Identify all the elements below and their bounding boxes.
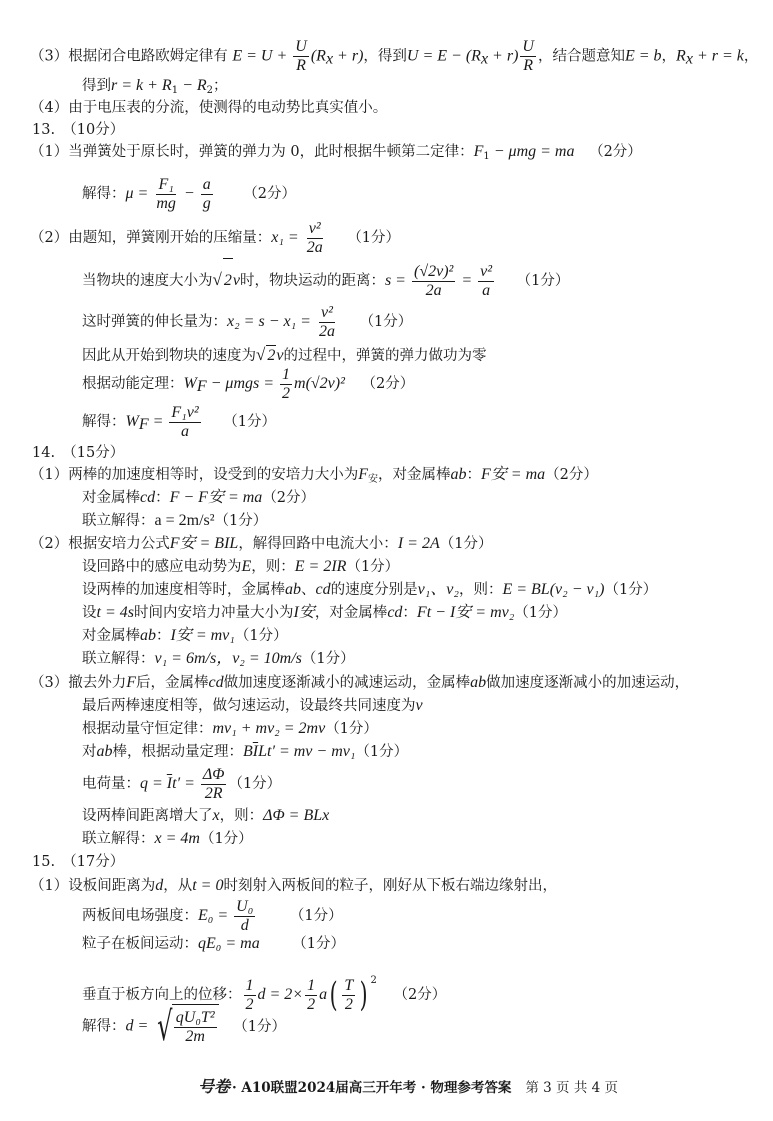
q15-part1-line5: 解得：d = √qU₀T²2m （1分）: [82, 1004, 286, 1049]
equation: B: [243, 743, 253, 760]
denominator: 2a: [424, 282, 444, 300]
denominator: mg: [154, 195, 178, 213]
equation: E₀ =: [198, 907, 232, 924]
variable: cd: [316, 581, 331, 598]
equation: x = 4m: [155, 830, 200, 847]
numerator: 1: [305, 977, 317, 996]
equation: E = U +: [232, 48, 291, 65]
text: ，结合题意知: [538, 49, 625, 65]
right-paren-icon: ): [360, 970, 368, 1020]
variable: cd: [387, 604, 402, 621]
text: 联立解得：: [82, 831, 155, 847]
equation: E = BL(v₂ − v₁): [502, 581, 604, 598]
text: ，则：: [251, 559, 295, 575]
numerator: 1: [244, 977, 256, 996]
numerator: U: [520, 38, 536, 57]
score: （1分）: [290, 908, 343, 924]
numerator: U₀: [234, 898, 255, 917]
text: 垂直于板方向上的位移：: [82, 987, 242, 1003]
text: ：: [155, 490, 170, 506]
q14-part2-line1: （2）根据安培力公式F安 = BIL，解得回路中电流大小：I = 2A（1分）: [30, 534, 492, 554]
equation: F安 = BIL: [170, 535, 239, 552]
equation: W: [126, 413, 139, 430]
text: 当弹簧处于原长时，弹簧的弹力为 0，此时根据牛顿第二定律：: [68, 144, 473, 160]
score: （1分）: [215, 513, 268, 529]
variable: F: [126, 674, 136, 691]
variable: ab: [285, 581, 301, 598]
text: 设两棒的加速度相等时，金属棒: [82, 582, 285, 598]
text: 由题知，弹簧刚开始的压缩量：: [68, 230, 271, 246]
subscript: 安: [368, 474, 378, 485]
score: （2分）: [362, 376, 415, 392]
equation: q =: [140, 775, 167, 792]
denominator: a: [480, 282, 492, 300]
equation: + r): [333, 48, 363, 65]
text: ，对金属棒: [378, 467, 451, 483]
sqrt-icon: √: [157, 1007, 172, 1047]
text: ，则：: [459, 582, 503, 598]
equation: F安 = ma: [481, 466, 545, 483]
fraction: T2: [342, 977, 355, 1014]
fraction: ag: [201, 176, 213, 213]
text: ，解得回路中电流大小：: [238, 536, 398, 552]
equation: a = 2m/s²: [155, 512, 215, 529]
left-paren-icon: (: [330, 970, 338, 1020]
q13-part1-solution: 解得：μ = F₁mg − ag （2分）: [82, 172, 296, 216]
equation: − μmgs =: [207, 375, 278, 392]
denominator: 2R: [203, 785, 225, 803]
text: ，: [744, 49, 759, 65]
score: （1分）: [302, 651, 355, 667]
sqrt-expression: √qU₀T²2m: [152, 1004, 218, 1049]
equation: + r = k: [693, 48, 744, 65]
text: ，则：: [220, 808, 264, 824]
score: （1分）: [360, 314, 413, 330]
score: （1分）: [233, 1019, 286, 1035]
equation: − μmg = ma: [490, 143, 575, 160]
equation: + r): [488, 48, 518, 65]
part-label: （2）: [30, 536, 68, 552]
text: ：: [402, 605, 417, 621]
text: 由于电压表的分流，使测得的电动势比真实值小。: [68, 100, 387, 116]
variable: ab: [451, 466, 467, 483]
text: ，: [662, 49, 677, 65]
equation: F − F安 = ma: [170, 489, 263, 506]
score: （1分）: [346, 559, 399, 575]
q14-part2-line6: 联立解得：v₁ = 6m/s，v₂ = 10m/s（1分）: [82, 649, 355, 669]
variable: v₁、v₂: [418, 581, 459, 598]
text: 解得：: [82, 186, 126, 202]
score: （1分）: [440, 536, 493, 552]
score: （1分）: [347, 230, 400, 246]
fraction: ΔΦ2R: [201, 766, 227, 803]
equation: mv₁ + mv₂ = 2mv: [213, 720, 326, 737]
part-label: （2）: [30, 230, 68, 246]
numerator: v²: [307, 220, 323, 239]
numerator: F₁v²: [169, 404, 200, 423]
subscript: x: [326, 51, 333, 68]
score: （1分）: [235, 628, 288, 644]
score: （2分）: [262, 490, 315, 506]
page-footer: 号卷· A10联盟2024届高三开年考 · 物理参考答案第 3 页 共 4 页: [198, 1074, 618, 1097]
score: （1分）: [228, 776, 281, 792]
q14-part3-line7: 联立解得：x = 4m（1分）: [82, 829, 253, 849]
equation: s =: [385, 272, 410, 289]
score: （1分）: [517, 273, 570, 289]
q13-part2-line1: （2）由题知，弹簧刚开始的压缩量：x₁ = v²2a （1分）: [30, 216, 400, 260]
variable: ab: [470, 674, 486, 691]
q14-part3-line1: （3）撤去外力F后，金属棒cd做加速度逐渐减小的减速运动，金属棒ab做加速度逐渐…: [30, 673, 689, 693]
text: 对金属棒: [82, 490, 140, 506]
text: 根据动能定理：: [82, 376, 184, 392]
numerator: 1: [280, 366, 292, 385]
text: 这时弹簧的伸长量为：: [82, 314, 227, 330]
q14-part3-line3: 根据动量守恒定律：mv₁ + mv₂ = 2mv（1分）: [82, 719, 378, 739]
text: 、: [301, 582, 316, 598]
equation: I安 = mv₁: [171, 627, 235, 644]
q15-part1-line2: 两板间电场强度：E₀ = U₀d （1分）: [82, 894, 343, 938]
fraction: v²2a: [317, 304, 337, 341]
text: 两板间电场强度：: [82, 908, 198, 924]
equation: U = E − (R: [407, 48, 481, 65]
q14-part3-line5: 电荷量：q = It′ = ΔΦ2R（1分）: [82, 762, 281, 806]
text: 解得：: [82, 1019, 126, 1035]
text: 根据动量守恒定律：: [82, 721, 213, 737]
text: 做加速度逐渐减小的减速运动，金属棒: [224, 675, 471, 691]
denominator: R: [521, 57, 535, 75]
fraction: v²2a: [305, 220, 325, 257]
q14-part1-line1: （1）两棒的加速度相等时，设受到的安培力大小为F安，对金属棒ab：F安 = ma…: [30, 465, 598, 490]
numerator: (√2v)²: [412, 263, 455, 282]
variable: x: [213, 807, 220, 824]
variable: v: [233, 272, 240, 289]
text: 根据闭合电路欧姆定律有: [68, 49, 228, 65]
text: 对金属棒: [82, 628, 140, 644]
equation: −: [180, 185, 199, 202]
variable: ab: [140, 627, 156, 644]
text: 设两棒间距离增大了: [82, 808, 213, 824]
equation: m(√2v)²: [294, 375, 345, 392]
part-label: （3）: [30, 49, 68, 65]
equation: − R: [178, 77, 207, 94]
equation: (R: [311, 48, 326, 65]
variable: F: [358, 466, 368, 483]
text: 后，金属棒: [136, 675, 209, 691]
q14-part3-line2: 最后两棒速度相等，做匀速运动，设最终共同速度为v: [82, 696, 423, 716]
equation: d =: [126, 1018, 153, 1035]
equation: t′ =: [172, 775, 199, 792]
text: 联立解得：: [82, 651, 155, 667]
text: ，对金属棒: [315, 605, 388, 621]
fraction: U₀d: [234, 898, 255, 935]
denominator: a: [179, 423, 191, 441]
equation: t = 4s: [97, 604, 134, 621]
numerator: T: [342, 977, 355, 996]
fraction: UR: [520, 38, 536, 75]
radicand: 2: [223, 258, 233, 303]
equation: r = k + R: [111, 77, 172, 94]
text: ：: [156, 628, 171, 644]
q13-part2-line2: 当物块的速度大小为√2v时，物块运动的距离：s = (√2v)²2a = v²a…: [82, 258, 569, 303]
variable: cd: [209, 674, 224, 691]
brand-logo: 号卷: [198, 1077, 230, 1096]
fraction: (√2v)²2a: [412, 263, 455, 300]
equation: t = 0: [192, 877, 223, 894]
numerator: F₁: [156, 176, 175, 195]
score: （1分）: [223, 414, 276, 430]
subscript: F: [197, 378, 207, 395]
q14-part3-line6: 设两棒间距离增大了x，则：ΔΦ = BLx: [82, 806, 329, 826]
score: （1分）: [355, 744, 408, 760]
text: 对: [82, 744, 97, 760]
text: 解得：: [82, 414, 126, 430]
equation: F: [474, 143, 484, 160]
q14-part2-line4: 设t = 4s时间内安培力冲量大小为I安，对金属棒cd：Ft − I安 = mv…: [82, 603, 567, 623]
equation: x₁ =: [271, 229, 302, 246]
q12-part3-line1: （3）根据闭合电路欧姆定律有 E = U + UR(Rx + r)，得到U = …: [30, 38, 758, 75]
denominator: R: [294, 57, 308, 75]
equation: d = 2×: [258, 986, 304, 1003]
subscript: x: [481, 51, 488, 68]
text: ，得到: [363, 49, 407, 65]
text: 撤去外力: [68, 675, 126, 691]
equation: E = 2IR: [295, 558, 347, 575]
q14-header: 14. （15分）: [32, 443, 124, 463]
page-number: 第 3 页 共 4 页: [525, 1080, 618, 1096]
q14-part2-line2: 设回路中的感应电动势为E，则：E = 2IR（1分）: [82, 557, 399, 577]
q13-part2-line3: 这时弹簧的伸长量为：x₂ = s − x₁ = v²2a （1分）: [82, 300, 412, 344]
denominator: 2a: [305, 239, 325, 257]
q14-part2-line5: 对金属棒ab：I安 = mv₁（1分）: [82, 626, 288, 646]
denominator: 2: [343, 996, 355, 1014]
text: 时间内安培力冲量大小为: [134, 605, 294, 621]
text: 时刻射入两板间的粒子，刚好从下板右端边缘射出，: [223, 878, 557, 894]
part-label: （4）: [30, 100, 68, 116]
denominator: 2: [280, 385, 292, 403]
fraction: v²a: [478, 263, 494, 300]
q13-part2-line6: 解得：WF = F₁v²a （1分）: [82, 400, 276, 447]
denominator: 2a: [317, 323, 337, 341]
score: （2分）: [394, 987, 447, 1003]
text: ，从: [163, 878, 192, 894]
equation: R: [676, 48, 686, 65]
subscript: F: [139, 416, 149, 433]
numerator: a: [201, 176, 213, 195]
q15-header: 15. （17分）: [32, 852, 124, 872]
q13-part1-line1: （1）当弹簧处于原长时，弹簧的弹力为 0，此时根据牛顿第二定律：F1 − μmg…: [30, 142, 642, 167]
score: （2分）: [545, 467, 598, 483]
equation: W: [184, 375, 197, 392]
text: 棒，根据动量定理：: [113, 744, 244, 760]
text: 当物块的速度大小为: [82, 273, 213, 289]
q15-part1-line3: 粒子在板间运动：qE₀ = ma （1分）: [82, 934, 345, 954]
text: 的速度分别是: [331, 582, 418, 598]
q12-part4-line: （4）由于电压表的分流，使测得的电动势比真实值小。: [30, 98, 387, 118]
part-label: （1）: [30, 144, 68, 160]
text: 做加速度逐渐减小的加速运动，: [486, 675, 689, 691]
variable: I安: [293, 604, 314, 621]
text: 两棒的加速度相等时，设受到的安培力大小为: [68, 467, 358, 483]
q14-part1-line2: 对金属棒cd：F − F安 = ma（2分）: [82, 488, 315, 508]
q15-part1-line1: （1）设板间距离为d，从t = 0时刻射入两板间的粒子，刚好从下板右端边缘射出，: [30, 876, 557, 896]
equation: =: [149, 413, 168, 430]
part-label: （1）: [30, 467, 68, 483]
equation: =: [457, 272, 476, 289]
fraction: 12: [305, 977, 317, 1014]
score: （1分）: [325, 721, 378, 737]
q14-part2-line3: 设两棒的加速度相等时，金属棒ab、cd的速度分别是v₁、v₂，则：E = BL(…: [82, 580, 657, 600]
text: 电荷量：: [82, 776, 140, 792]
fraction: UR: [293, 38, 309, 75]
score: （1分）: [200, 831, 253, 847]
numerator: v²: [319, 304, 335, 323]
text: 设: [82, 605, 97, 621]
text: ：: [467, 467, 482, 483]
equation: μ =: [126, 185, 153, 202]
text: 设板间距离为: [68, 878, 155, 894]
text: 时，物块运动的距离：: [240, 273, 385, 289]
denominator: g: [201, 195, 213, 213]
part-label: （3）: [30, 675, 68, 691]
equation: qE₀ = ma: [198, 935, 260, 952]
score: （2分）: [589, 144, 642, 160]
numerator: v²: [478, 263, 494, 282]
equation: I = 2A: [398, 535, 440, 552]
text: 设回路中的感应电动势为: [82, 559, 242, 575]
denominator: 2m: [183, 1028, 207, 1046]
numerator: U: [293, 38, 309, 57]
denominator: d: [239, 917, 251, 935]
sqrt-icon: √: [213, 270, 222, 289]
equation: v₁ = 6m/s，v₂ = 10m/s: [155, 650, 302, 667]
equation: E = b: [625, 48, 662, 65]
score: （1分）: [292, 936, 345, 952]
text: 根据安培力公式: [68, 536, 170, 552]
variable: ab: [97, 743, 113, 760]
footer-title: · A10联盟2024届高三开年考 · 物理参考答案: [232, 1080, 511, 1096]
fraction: F₁mg: [154, 176, 178, 213]
variable: E: [242, 558, 252, 575]
equation: ΔΦ = BLx: [263, 807, 329, 824]
variable: cd: [140, 489, 155, 506]
fraction: qU₀T²2m: [174, 1009, 217, 1046]
variable: v: [416, 697, 423, 714]
text: 粒子在板间运动：: [82, 936, 198, 952]
denominator: 2: [305, 996, 317, 1014]
subscript: x: [686, 51, 693, 68]
text: ；: [213, 78, 228, 94]
numerator: qU₀T²: [174, 1009, 217, 1028]
score: （1分）: [514, 605, 567, 621]
q14-part1-line3: 联立解得：a = 2m/s²（1分）: [82, 511, 267, 531]
fraction: F₁v²a: [169, 404, 200, 441]
equation: Lt′ = mv − mv₁: [258, 743, 355, 760]
equation: a: [319, 986, 327, 1003]
equation: Ft − I安 = mv₂: [417, 604, 514, 621]
part-label: （1）: [30, 878, 68, 894]
q13-header: 13. （10分）: [32, 120, 124, 140]
numerator: ΔΦ: [201, 766, 227, 785]
score: （1分）: [604, 582, 657, 598]
exponent: 2: [371, 975, 377, 986]
text: 最后两棒速度相等，做匀速运动，设最终共同速度为: [82, 698, 416, 714]
fraction: 12: [280, 366, 292, 403]
text: 联立解得：: [82, 513, 155, 529]
equation: x₂ = s − x₁ =: [227, 313, 315, 330]
text: 得到: [82, 78, 111, 94]
q14-part3-line4: 对ab棒，根据动量定理：BILt′ = mv − mv₁（1分）: [82, 742, 408, 762]
score: （2分）: [243, 186, 296, 202]
